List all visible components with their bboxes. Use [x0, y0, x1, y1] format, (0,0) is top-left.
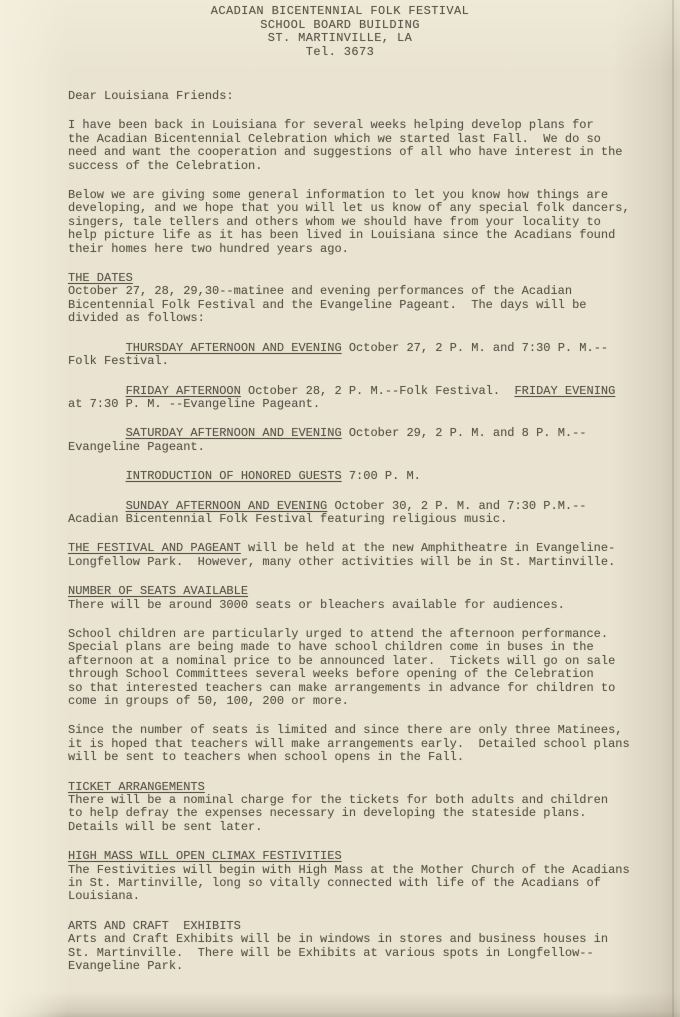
letterhead-building: SCHOOL BOARD BUILDING	[0, 19, 680, 33]
text-block: HIGH MASS WILL OPEN CLIMAX FESTIVITIESTh…	[68, 850, 640, 904]
underlined-text: HIGH MASS WILL OPEN CLIMAX FESTIVITIES	[68, 849, 342, 863]
text-line: their homes here two hundred years ago.	[68, 243, 640, 256]
plain-text: Evangeline Pageant.	[68, 440, 205, 454]
text-line: HIGH MASS WILL OPEN CLIMAX FESTIVITIES	[68, 850, 640, 863]
text-block: THE FESTIVAL AND PAGEANT will be held at…	[68, 542, 640, 569]
text-line: come in groups of 50, 100, 200 or more.	[68, 695, 640, 708]
letterhead-title: ACADIAN BICENTENNIAL FOLK FESTIVAL	[0, 5, 680, 19]
plain-text: need and want the cooperation and sugges…	[68, 145, 623, 159]
text-line: through School Committees several weeks …	[68, 668, 640, 681]
plain-text: their homes here two hundred years ago.	[68, 242, 349, 256]
plain-text: October 29, 2 P. M. and 8 P. M.--	[342, 426, 587, 440]
plain-text: it is hoped that teachers will make arra…	[68, 737, 630, 751]
text-line: Since the number of seats is limited and…	[68, 724, 640, 737]
underlined-text: FRIDAY AFTERNOON	[126, 384, 241, 398]
plain-text: so that interested teachers can make arr…	[68, 681, 615, 695]
plain-text: singers, tale tellers and others whom we…	[68, 215, 601, 229]
text-block: Below we are giving some general informa…	[68, 189, 640, 256]
text-block: NUMBER OF SEATS AVAILABLEThere will be a…	[68, 585, 640, 612]
plain-text: Evangeline Park.	[68, 959, 183, 973]
text-block: Since the number of seats is limited and…	[68, 724, 640, 764]
text-line: Folk Festival.	[68, 355, 640, 368]
plain-text: Bicentennial Folk Festival and the Evang…	[68, 298, 586, 312]
text-line: I have been back in Louisiana for severa…	[68, 119, 640, 132]
text-line: divided as follows:	[68, 312, 640, 325]
underlined-text: THE FESTIVAL AND PAGEANT	[68, 541, 241, 555]
plain-text	[68, 384, 126, 398]
plain-text: Since the number of seats is limited and…	[68, 723, 623, 737]
text-line: Acadian Bicentennial Folk Festival featu…	[68, 513, 640, 526]
plain-text	[68, 341, 126, 355]
text-block: SATURDAY AFTERNOON AND EVENING October 2…	[68, 427, 640, 454]
underlined-text: FRIDAY EVENING	[514, 384, 615, 398]
letterhead-phone: Tel. 3673	[0, 46, 680, 60]
plain-text: October 28, 2 P. M.--Folk Festival.	[241, 384, 515, 398]
text-line: in St. Martinville, long so vitally conn…	[68, 877, 640, 890]
underlined-text: SUNDAY AFTERNOON AND EVENING	[126, 499, 328, 513]
plain-text: October 30, 2 P. M. and 7:30 P.M.--	[327, 499, 586, 513]
text-line: developing, and we hope that you will le…	[68, 202, 640, 215]
plain-text: afternoon at a nominal price to be annou…	[68, 654, 615, 668]
text-block: SUNDAY AFTERNOON AND EVENING October 30,…	[68, 500, 640, 527]
text-block: THURSDAY AFTERNOON AND EVENING October 2…	[68, 342, 640, 369]
underlined-text: INTRODUCTION OF HONORED GUESTS	[126, 469, 342, 483]
text-line: Louisiana.	[68, 890, 640, 903]
text-line: so that interested teachers can make arr…	[68, 682, 640, 695]
text-block: INTRODUCTION OF HONORED GUESTS 7:00 P. M…	[68, 470, 640, 483]
plain-text: Longfellow Park. However, many other act…	[68, 555, 615, 569]
plain-text: October 27, 28, 29,30--matinee and eveni…	[68, 284, 572, 298]
plain-text: Folk Festival.	[68, 354, 169, 368]
underlined-text: TICKET ARRANGEMENTS	[68, 780, 205, 794]
text-block: Dear Louisiana Friends:	[68, 90, 640, 103]
text-block: TICKET ARRANGEMENTSThere will be a nomin…	[68, 781, 640, 835]
plain-text: come in groups of 50, 100, 200 or more.	[68, 694, 349, 708]
plain-text: 7:00 P. M.	[342, 469, 421, 483]
plain-text: Details will be sent later.	[68, 820, 262, 834]
underlined-text: SATURDAY AFTERNOON AND EVENING	[126, 426, 342, 440]
plain-text: Acadian Bicentennial Folk Festival featu…	[68, 512, 507, 526]
text-line: will be sent to teachers when school ope…	[68, 751, 640, 764]
text-block: School children are particularly urged t…	[68, 628, 640, 708]
plain-text: success of the Celebration.	[68, 159, 262, 173]
plain-text: the Acadian Bicentennial Celebration whi…	[68, 132, 601, 146]
plain-text: There will be a nominal charge for the t…	[68, 793, 608, 807]
plain-text	[68, 469, 126, 483]
plain-text: St. Martinville. There will be Exhibits …	[68, 946, 594, 960]
text-line: help picture life as it has been lived i…	[68, 229, 640, 242]
text-line: SATURDAY AFTERNOON AND EVENING October 2…	[68, 427, 640, 440]
plain-text: I have been back in Louisiana for severa…	[68, 118, 594, 132]
text-line: SUNDAY AFTERNOON AND EVENING October 30,…	[68, 500, 640, 513]
text-line: THE FESTIVAL AND PAGEANT will be held at…	[68, 542, 640, 555]
plain-text: Below we are giving some general informa…	[68, 188, 608, 202]
text-line: INTRODUCTION OF HONORED GUESTS 7:00 P. M…	[68, 470, 640, 483]
letterhead-city: ST. MARTINVILLE, LA	[0, 32, 680, 46]
text-line: Special plans are being made to have sch…	[68, 641, 640, 654]
plain-text: There will be around 3000 seats or bleac…	[68, 598, 565, 612]
letterhead: ACADIAN BICENTENNIAL FOLK FESTIVAL SCHOO…	[0, 0, 680, 59]
letter-page: ACADIAN BICENTENNIAL FOLK FESTIVAL SCHOO…	[0, 0, 680, 1017]
text-block: FRIDAY AFTERNOON October 28, 2 P. M.--Fo…	[68, 385, 640, 412]
plain-text: will be held at the new Amphitheatre in …	[241, 541, 615, 555]
plain-text: Dear Louisiana Friends:	[68, 89, 234, 103]
text-block: THE DATESOctober 27, 28, 29,30--matinee …	[68, 272, 640, 326]
text-line: FRIDAY AFTERNOON October 28, 2 P. M.--Fo…	[68, 385, 640, 398]
text-block: ARTS AND CRAFT EXHIBITSArts and Craft Ex…	[68, 920, 640, 974]
plain-text	[68, 499, 126, 513]
text-line: success of the Celebration.	[68, 160, 640, 173]
underlined-text: THE DATES	[68, 271, 133, 285]
text-line: at 7:30 P. M. --Evangeline Pageant.	[68, 398, 640, 411]
text-line: Evangeline Pageant.	[68, 441, 640, 454]
plain-text: developing, and we hope that you will le…	[68, 201, 630, 215]
plain-text: help picture life as it has been lived i…	[68, 228, 615, 242]
text-line: need and want the cooperation and sugges…	[68, 146, 640, 159]
plain-text: School children are particularly urged t…	[68, 627, 608, 641]
plain-text: October 27, 2 P. M. and 7:30 P. M.--	[342, 341, 608, 355]
plain-text: Louisiana.	[68, 889, 140, 903]
plain-text: through School Committees several weeks …	[68, 667, 594, 681]
text-line: to help defray the expenses necessary in…	[68, 807, 640, 820]
plain-text: will be sent to teachers when school ope…	[68, 750, 464, 764]
text-line: Longfellow Park. However, many other act…	[68, 556, 640, 569]
underlined-text: NUMBER OF SEATS AVAILABLE	[68, 584, 248, 598]
plain-text: Arts and Craft Exhibits will be in windo…	[68, 932, 608, 946]
letter-body: Dear Louisiana Friends:I have been back …	[0, 90, 680, 974]
text-block: I have been back in Louisiana for severa…	[68, 119, 640, 173]
text-line: Details will be sent later.	[68, 821, 640, 834]
underlined-text: THURSDAY AFTERNOON AND EVENING	[126, 341, 342, 355]
plain-text: in St. Martinville, long so vitally conn…	[68, 876, 601, 890]
plain-text: Special plans are being made to have sch…	[68, 640, 594, 654]
plain-text: at 7:30 P. M. --Evangeline Pageant.	[68, 397, 320, 411]
plain-text: to help defray the expenses necessary in…	[68, 806, 586, 820]
text-line: There will be around 3000 seats or bleac…	[68, 599, 640, 612]
plain-text	[68, 426, 126, 440]
text-line: Evangeline Park.	[68, 960, 640, 973]
plain-text: divided as follows:	[68, 311, 205, 325]
text-line: Arts and Craft Exhibits will be in windo…	[68, 933, 640, 946]
plain-text: ARTS AND CRAFT EXHIBITS	[68, 919, 241, 933]
text-line: NUMBER OF SEATS AVAILABLE	[68, 585, 640, 598]
text-line: October 27, 28, 29,30--matinee and eveni…	[68, 285, 640, 298]
plain-text: The Festivities will begin with High Mas…	[68, 863, 630, 877]
text-line: Dear Louisiana Friends:	[68, 90, 640, 103]
